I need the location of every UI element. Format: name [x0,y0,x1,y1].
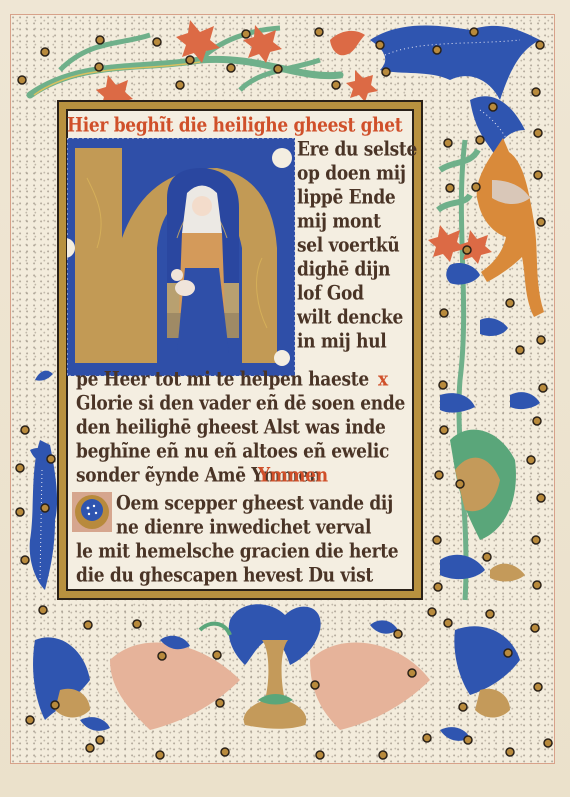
rubric-heading: Hier beghĩt die heilighe gheest ghet [67,114,402,137]
text-line: wilt dencke [297,306,403,329]
rubric-ymmen: Ymmen [258,464,328,487]
text-line: Glorie si den vader eñ dē soen ende [76,392,405,415]
text-line: mij mont [297,210,381,233]
text-line: pe Heer tot mi te helpen haeste [76,368,369,391]
text-line: op doen mij [297,162,406,185]
text-line: in mij hul [297,330,386,353]
fox-icon [477,138,544,317]
right-vine-icon [438,140,478,600]
text-line: beghĩne eñ nu eñ altoes eñ ewelic [76,440,389,463]
text-line: dighē dijn [297,258,390,281]
rubric-mark: x [378,368,388,391]
manuscript-page: Hier beghĩt die heilighe gheest ghet Ere… [0,0,570,797]
text-line: Ere du selste [297,138,417,161]
right-acanthus-icon [440,430,525,582]
text-line: den heilighē gheest Alst was inde [76,416,385,439]
small-initial-c [72,492,112,532]
text-line: ne dienre inwedichet verval [116,516,371,539]
text-line: die du ghescapen hevest Du vist [76,564,373,587]
text-line: sel voertkũ [297,234,399,257]
left-acanthus-icon [30,371,57,590]
text-line: Oem scepper gheest vande dij [116,492,393,515]
historiated-initial-h [67,138,295,376]
text-line: lippē Ende [297,186,395,209]
text-line: le mit hemelsche gracien die herte [76,540,398,563]
text-line: lof God [297,282,364,305]
